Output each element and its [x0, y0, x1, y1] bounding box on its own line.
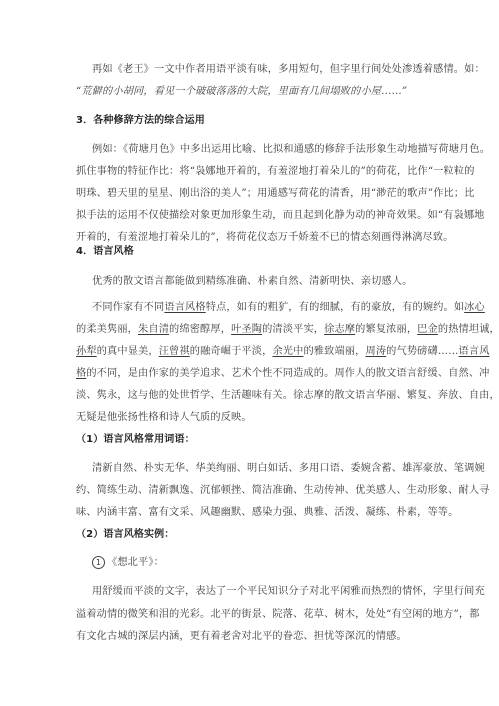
paragraph-line: 抓住事物的特征作比：将“袅娜地开着的，有羞涩地打着朵儿的”的荷花，比作“一粒粒的: [76, 165, 424, 179]
text: 特点，如有的粗犷，有的细腻，有的豪放，有的婉约。如: [206, 302, 464, 313]
circled-number-icon: 1: [92, 556, 105, 569]
subheading-common-terms: （1）语言风格常用词语：: [76, 433, 424, 447]
author-name: 徐志摩: [324, 324, 355, 335]
text: 的融奇崛于平淡，: [190, 346, 273, 357]
author-name: 汪曾祺: [159, 346, 190, 357]
paragraph-line: 用舒缓而平淡的文字，表达了一个平民知识分子对北平闲雅而热烈的情怀，字里行间充: [92, 585, 424, 599]
paragraph-line: 拟手法的运用不仅使描绘对象更加形象生动，而且起到化静为动的神奇效果。如“有袅娜地: [76, 209, 424, 223]
text: 的真中显美，: [97, 346, 159, 357]
paragraph-line: 无疑是他张扬性格和诗人气质的反映。: [76, 411, 424, 425]
example-title-line: 1《想北平》：: [92, 556, 424, 570]
text: 的柔美隽丽，: [76, 324, 138, 335]
author-name: 冰心: [464, 302, 485, 313]
subheading-examples: （2）语言风格实例：: [76, 528, 424, 542]
paragraph-line: 溢着动情的微笑和泪的光彩。北平的街景、院落、花草、树木，处处“有空闲的地方”，都: [76, 608, 424, 622]
quote-laowang: “荒僻的小胡同，看见一个破破落落的大院，里面有几间塌败的小屋……”: [76, 85, 424, 99]
author-name: 朱自清: [138, 324, 169, 335]
author-name: 余光中: [272, 346, 303, 357]
underlined-term: 格: [76, 368, 86, 379]
text: 的雅致端丽，: [303, 346, 365, 357]
paragraph-line: 不同作家有不同语言风格特点，如有的粗犷，有的细腻，有的豪放，有的婉约。如冰心: [92, 301, 424, 315]
paragraph-line: 开着的，有羞涩地打着朵儿的”，将荷花仪态万千娇羞不已的情态刻画得淋漓尽致。: [76, 231, 424, 245]
text: 的热情坦诚，: [438, 324, 499, 335]
text: 的繁复浓丽，: [355, 324, 417, 335]
text: 的清淡平实，: [262, 324, 324, 335]
text: 不同作家有不同: [92, 302, 164, 313]
document-page: 再如《老王》一文中作者用语平淡有味，多用短句，但字里行间处处渗透着感情。如： “…: [0, 0, 499, 706]
paragraph-line: 淡、隽永，这与他的处世哲学、生活趣味有关。徐志摩的散文语言华丽、繁复、奔放、自由…: [76, 389, 424, 403]
paragraph-line: 约、简练生动、清新飘逸、沉郁顿挫、简洁准确、生动传神、优美感人、生动形象、耐人寻: [76, 484, 424, 498]
author-name: 孙犁: [76, 346, 97, 357]
paragraph-laowang-line: 再如《老王》一文中作者用语平淡有味，多用短句，但字里行间处处渗透着感情。如：: [92, 63, 424, 77]
underlined-term: 语言风: [459, 346, 490, 357]
example-title: 《想北平》：: [107, 557, 164, 568]
paragraph-line: 味、内涵丰富、富有文采、风趣幽默、感染力强、典雅、活泼、凝练、朴素，等等。: [76, 506, 424, 520]
paragraph-line: 的柔美隽丽，朱自清的绵密醇厚，叶圣陶的清淡平实，徐志摩的繁复浓丽，巴金的热情坦诚…: [76, 323, 424, 337]
paragraph-line: 例如：《荷塘月色》中多出运用比喻、比拟和通感的修辞手法形象生动地描写荷塘月色。: [92, 143, 424, 157]
paragraph-line: 孙犁的真中显美，汪曾祺的融奇崛于平淡，余光中的雅致端丽，周涛的气势磅礴……语言风: [76, 345, 424, 359]
underlined-term: 语言风格: [164, 302, 205, 313]
paragraph-intro: 优秀的散文语言都能做到精练准确、朴素自然、清新明快、亲切感人。: [92, 275, 424, 289]
paragraph-line: 明珠、碧天里的星星、刚出浴的美人”；用通感写荷花的清香，用“渺茫的歌声”作比；比: [76, 187, 424, 201]
text: 的不同，是由作家的美学追求、艺术个性不同造成的。周作人的散文语言舒缓、自然、冲: [86, 368, 489, 379]
section-heading-rhetoric: 3．各种修辞方法的综合运用: [76, 114, 424, 128]
author-name: 叶圣陶: [231, 324, 262, 335]
paragraph-line: 格的不同，是由作家的美学追求、艺术个性不同造成的。周作人的散文语言舒缓、自然、冲: [76, 367, 424, 381]
text: 的气势磅礴……: [386, 346, 458, 357]
paragraph-line: 清新自然、朴实无华、华美绚丽、明白如话、多用口语、委婉含蓄、雄浑豪放、笔调婉: [92, 462, 424, 476]
section-heading-language-style: 4．语言风格: [76, 245, 424, 259]
author-name: 周涛: [365, 346, 386, 357]
text: 的绵密醇厚，: [169, 324, 231, 335]
paragraph-line: 有文化古城的深层内涵，更有着老舍对北平的眷恋、担忧等深沉的情感。: [76, 630, 424, 644]
author-name: 巴金: [417, 324, 438, 335]
